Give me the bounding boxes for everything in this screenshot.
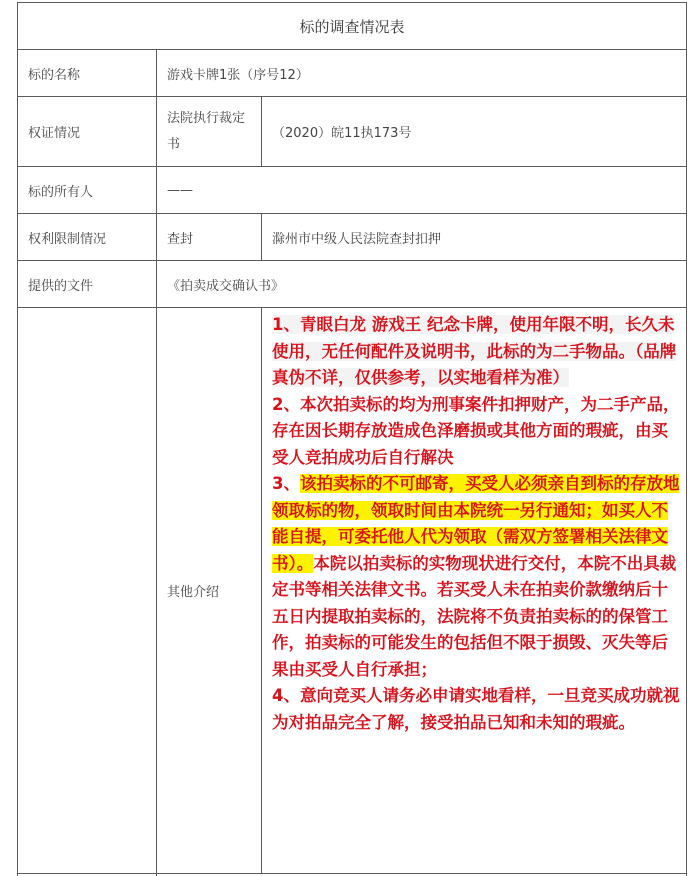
table-row: 权证情况 法院执行裁定书 （2020）皖11执173号 <box>18 97 687 167</box>
row-label: 标的名称 <box>18 50 157 97</box>
row-value: 《拍卖成交确认书》 <box>157 261 687 308</box>
table-row: 标的名称 游戏卡牌1张（序号12） <box>18 50 687 97</box>
row-label: 权利限制情况 <box>18 214 157 261</box>
survey-table: 标的调查情况表 标的名称 游戏卡牌1张（序号12） 权证情况 法院执行裁定书 （… <box>17 2 687 876</box>
note-item-2: 2、本次拍卖标的均为刑事案件扣押财产，为二手产品，存在因长期存放造成色泽磨损或其… <box>272 392 680 472</box>
row-value: （2020）皖11执173号 <box>262 97 687 167</box>
note-item-4: 4、意向竞买人请务必申请实地看样，一旦竞买成功就视为对拍品完全了解，接受拍品已知… <box>272 683 680 736</box>
row-label <box>18 308 157 874</box>
table-title: 标的调查情况表 <box>18 3 687 50</box>
table-row: 其他介绍 1、青眼白龙 游戏王 纪念卡牌，使用年限不明，长久未使用，无任何配件及… <box>18 308 687 874</box>
row-value: —— <box>157 167 687 214</box>
row-label: 提供的文件 <box>18 261 157 308</box>
row-sub-label: 其他介绍 <box>157 308 262 874</box>
table-row: 提供的文件 《拍卖成交确认书》 <box>18 261 687 308</box>
row-label: 权证情况 <box>18 97 157 167</box>
note-item-1: 1、青眼白龙 游戏王 纪念卡牌，使用年限不明，长久未使用，无任何配件及说明书，此… <box>272 312 680 392</box>
row-value: 游戏卡牌1张（序号12） <box>157 50 687 97</box>
row-sub-label: 查封 <box>157 214 262 261</box>
note-item-3: 3、该拍卖标的不可邮寄，买受人必须亲自到标的存放地领取标的物，领取时间由本院统一… <box>272 471 680 683</box>
row-value: 滁州市中级人民法院查封扣押 <box>262 214 687 261</box>
table-row: 标的所有人 —— <box>18 167 687 214</box>
table-row: 权利限制情况 查封 滁州市中级人民法院查封扣押 <box>18 214 687 261</box>
row-sub-label: 法院执行裁定书 <box>157 97 262 167</box>
row-label: 标的所有人 <box>18 167 157 214</box>
notes-cell: 1、青眼白龙 游戏王 纪念卡牌，使用年限不明，长久未使用，无任何配件及说明书，此… <box>262 308 687 874</box>
